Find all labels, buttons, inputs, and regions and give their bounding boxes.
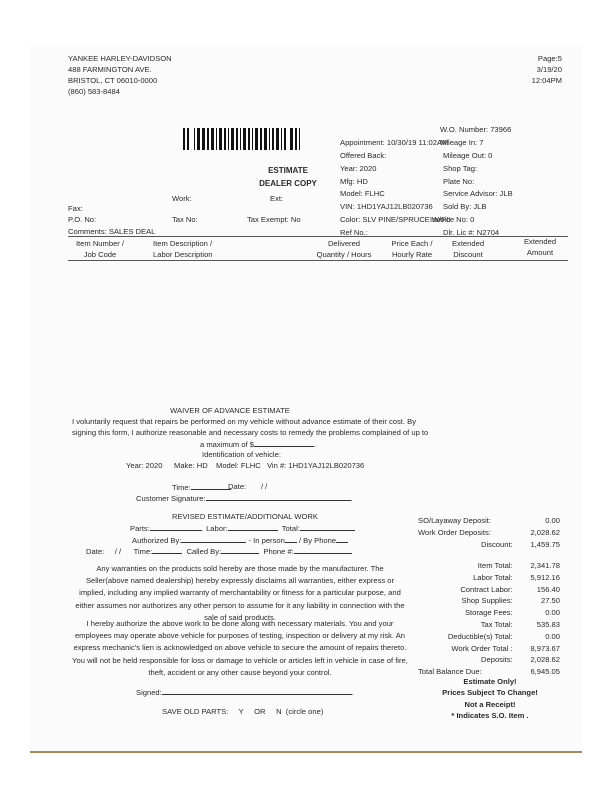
deposit-row-so-layaway: SO/Layaway Deposit:0.00 [418, 515, 560, 527]
total-row-work-order: Work Order Total :8,973.67 [418, 643, 560, 655]
notice-prices-subject: Prices Subject To Change! [425, 687, 555, 698]
customer-signature: Customer Signature:. [136, 492, 353, 504]
deposit-row-work-order: Work Order Deposits:2,028.62 [418, 527, 560, 539]
mileage-out: Mileage Out: 0 [443, 150, 513, 163]
sold-by: Sold By: JLB [443, 201, 513, 214]
parts-field[interactable] [150, 522, 202, 531]
labor-field[interactable] [228, 522, 278, 531]
work-authorization: I hereby authorize the above work to be … [72, 618, 408, 679]
page-meta: Page:5 3/19/20 12:04PM [500, 53, 562, 86]
barcode-icon [183, 128, 302, 150]
total-row-item: Item Total:2,341.78 [418, 560, 560, 572]
header-bottom-rule [68, 260, 568, 261]
total-row-labor: Labor Total:5,912.16 [418, 572, 560, 584]
notice-estimate-only: Estimate Only! [425, 676, 555, 687]
total-row-contract-labor: Contract Labor:156.40 [418, 584, 560, 596]
col-extended-amount: ExtendedAmount [512, 236, 568, 258]
vehicle-vin: VIN: 1HD1YAJ12LB020736 [340, 201, 450, 214]
waiver-date: Date: / / [228, 481, 267, 492]
waiver-make: Make: HD [174, 460, 208, 471]
customer-signature-field[interactable] [206, 492, 351, 501]
signed-line: Signed:. [136, 686, 354, 698]
waiver-text-2: signing this form, I authorize reasonabl… [72, 427, 392, 438]
col-item-number: Item Number /Job Code [70, 238, 130, 260]
col-price-each: Price Each /Hourly Rate [384, 238, 440, 260]
col-extended-discount: ExtendedDiscount [440, 238, 496, 260]
waiver-vin: Vin #: 1HD1YAJ12LB020736 [267, 460, 364, 471]
notice-not-receipt: Not a Receipt! [425, 699, 555, 710]
service-advisor: Service Advisor: JLB [443, 188, 513, 201]
waiver-title: WAIVER OF ADVANCE ESTIMATE [70, 405, 390, 416]
document-title: ESTIMATE DEALER COPY [243, 164, 333, 190]
signed-field[interactable] [162, 686, 352, 695]
deposits-block: SO/Layaway Deposit:0.00 Work Order Depos… [418, 515, 560, 550]
save-old-parts[interactable]: SAVE OLD PARTS: Y OR N (circle one) [162, 706, 323, 717]
total-row-deposits: Deposits:2,028.62 [418, 654, 560, 666]
totals-block: Item Total:2,341.78 Labor Total:5,912.16… [418, 560, 560, 678]
dealer-phone: (860) 583-8484 [68, 86, 172, 97]
estimate-notices: Estimate Only! Prices Subject To Change!… [425, 676, 555, 722]
invoice-no: Invoice No: 0 [430, 214, 474, 225]
col-item-description: Item Description /Labor Description [153, 238, 213, 260]
vehicle-year: Year: 2020 [340, 163, 450, 176]
revised-title: REVISED ESTIMATE/ADDITIONAL WORK [172, 511, 318, 522]
vehicle-id-label: Identification of vehicle: [202, 449, 281, 460]
total-field[interactable] [300, 522, 355, 531]
deposit-row-discount: Discount:1,459.75 [418, 539, 560, 551]
wo-number: W.O. Number: 73966 [440, 124, 511, 135]
dealer-address: 488 FARMINGTON AVE. [68, 64, 172, 75]
waiver-date-field[interactable]: / / [261, 482, 267, 491]
tax-no-label: Tax No: [172, 214, 198, 225]
revised-date-field[interactable]: / / [115, 547, 121, 556]
vehicle-model: Model: FLHC [340, 188, 450, 201]
dealer-info: YANKEE HARLEY-DAVIDSON 488 FARMINGTON AV… [68, 53, 172, 97]
ext-label: Ext: [270, 193, 283, 204]
title-estimate: ESTIMATE [243, 164, 333, 177]
tax-exempt: Tax Exempt: No [247, 214, 301, 225]
shop-tag: Shop Tag: [443, 163, 513, 176]
waiver-text-1: I voluntarily request that repairs be pe… [72, 416, 392, 427]
mileage-in: Mileage In: 7 [440, 137, 483, 148]
notice-so-item: * Indicates S.O. Item . [425, 710, 555, 721]
dealer-name: YANKEE HARLEY-DAVIDSON [68, 53, 172, 64]
total-row-tax: Tax Total:535.83 [418, 619, 560, 631]
in-person-field[interactable] [285, 534, 297, 543]
vehicle-info: Offered Back: Year: 2020 Mfg: HD Model: … [340, 150, 450, 240]
total-row-deductible: Deductible(s) Total:0.00 [418, 631, 560, 643]
vehicle-mfg: Mfg: HD [340, 176, 450, 189]
appointment: Appointment: 10/30/19 11:02AM [340, 137, 448, 148]
work-phone-label: Work: [172, 193, 192, 204]
called-by-field[interactable] [221, 545, 259, 554]
col-quantity: DeliveredQuantity / Hours [308, 238, 380, 260]
waiver-model: Model: FLHC [216, 460, 261, 471]
print-date: 3/19/20 [500, 64, 562, 75]
offered-back: Offered Back: [340, 150, 450, 163]
revised-row-3: Date: / / Time: Called By: Phone #: [86, 545, 352, 557]
authorized-by-field[interactable] [181, 534, 246, 543]
page-number: Page:5 [500, 53, 562, 64]
phone-field[interactable] [294, 545, 352, 554]
warranty-disclaimer: Any warranties on the products sold here… [74, 563, 406, 624]
plate-no: Plate No: [443, 176, 513, 189]
revised-time-field[interactable] [152, 545, 182, 554]
total-row-shop-supplies: Shop Supplies:27.50 [418, 595, 560, 607]
dealer-city: BRISTOL, CT 06010-0000 [68, 75, 172, 86]
po-no-label: P.O. No: [68, 214, 96, 225]
waiver-year: Year: 2020 [126, 460, 162, 471]
header-top-rule [68, 236, 568, 237]
work-order-info: Mileage Out: 0 Shop Tag: Plate No: Servi… [443, 150, 513, 214]
print-time: 12:04PM [500, 75, 562, 86]
title-dealer-copy: DEALER COPY [243, 177, 333, 190]
revised-row-1: Parts: Labor: Total: [130, 522, 355, 534]
total-row-storage-fees: Storage Fees:0.00 [418, 607, 560, 619]
fax-label: Fax: [68, 203, 83, 214]
maximum-amount-field[interactable] [254, 438, 314, 447]
waiver-time-field[interactable] [191, 481, 231, 490]
by-phone-field[interactable] [336, 534, 348, 543]
